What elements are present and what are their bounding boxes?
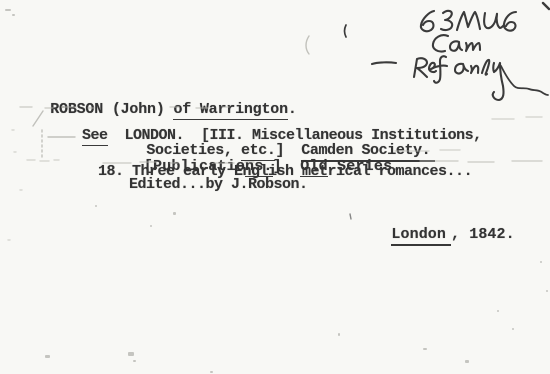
see-word: See (82, 127, 108, 146)
handwritten-shelfmark (421, 11, 516, 31)
stray-apostrophe-mark (350, 214, 351, 219)
handwritten-ref-only (414, 56, 548, 100)
imprint-line: London, 1842. (355, 212, 515, 257)
pencil-curve-mark (306, 36, 309, 54)
imprint-place-underlined: London (391, 226, 451, 246)
handwritten-cam (433, 35, 480, 51)
pen-tick-mark (345, 25, 347, 37)
handwritten-dash (372, 62, 396, 64)
corner-ink-mark (543, 3, 549, 9)
imprint-date: , 1842. (451, 226, 515, 243)
entry-line-2: Edited...by J.Robson. (129, 177, 308, 192)
catalogue-card: ROBSON (John) of Warrington. See LONDON.… (0, 0, 550, 374)
